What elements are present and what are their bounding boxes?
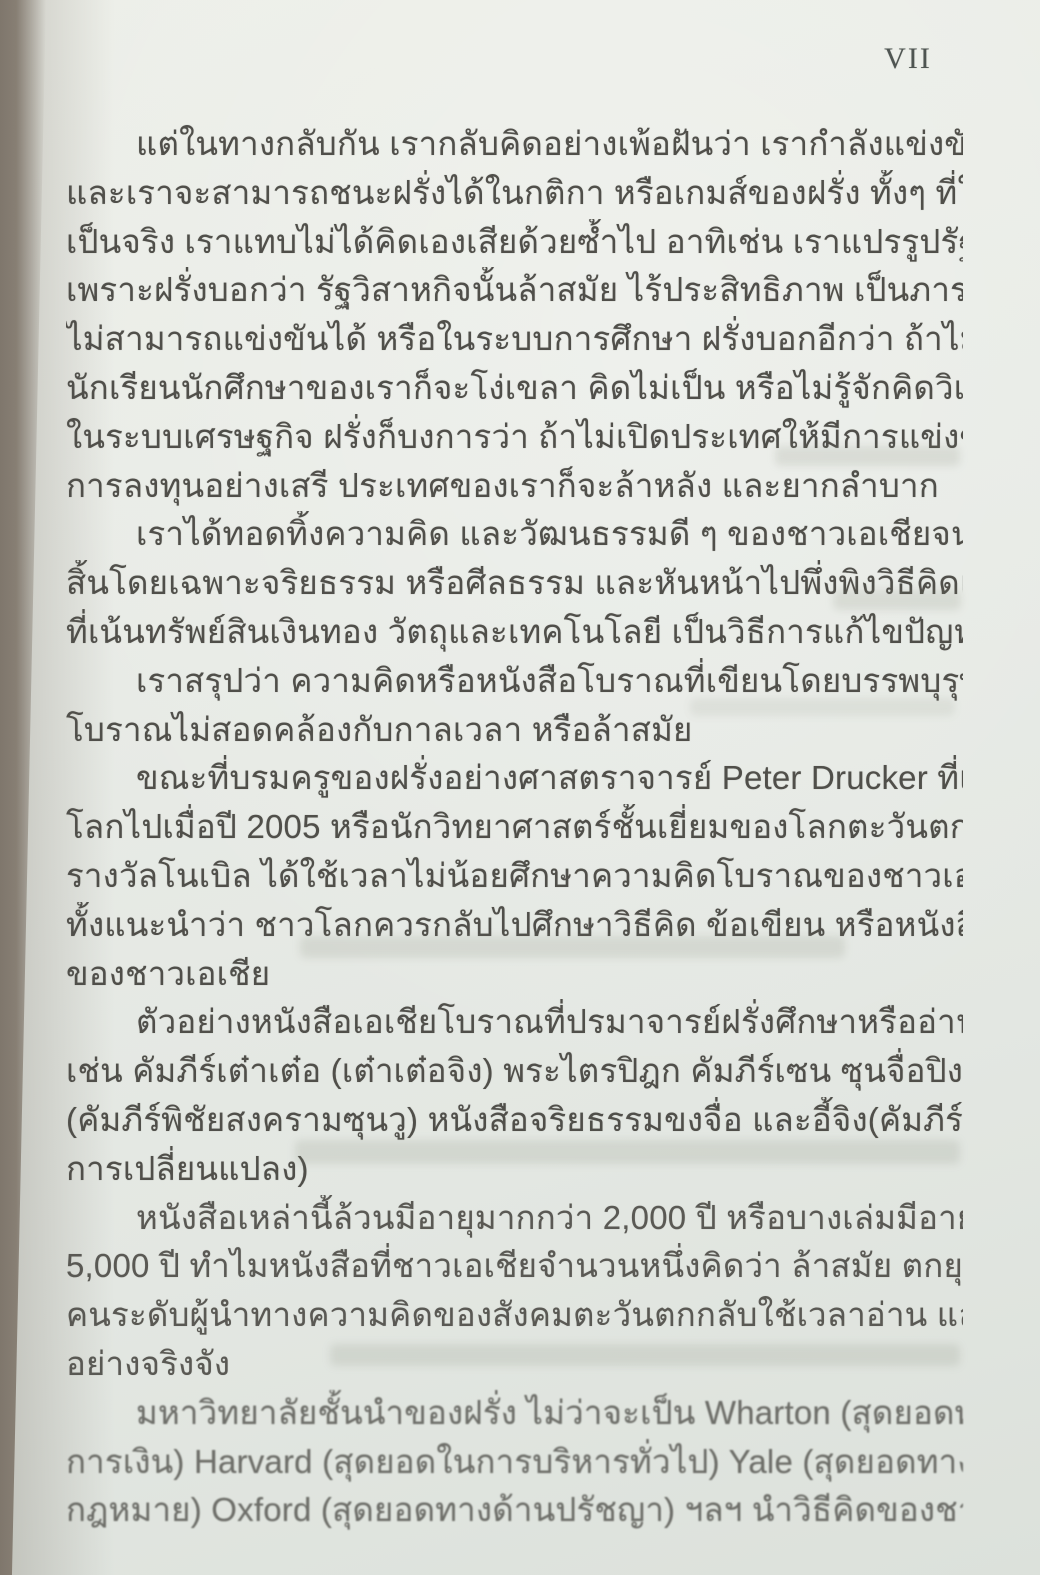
text-line: หนังสือเหล่านี้ล้วนมีอายุมากกว่า 2,000 ป… [66,1195,963,1244]
text-line: เป็นจริง เราแทบไม่ได้คิดเองเสียด้วยซ้ำไป… [66,219,963,268]
text-line: มหาวิทยาลัยชั้นนำของฝรั่ง ไม่ว่าจะเป็น W… [66,1390,963,1439]
text-line: คนระดับผู้นำทางความคิดของสังคมตะวันตกกลั… [66,1292,963,1341]
text-line: โบราณไม่สอดคล้องกับกาลเวลา หรือล้าสมัย [66,707,963,756]
text-line: ตัวอย่างหนังสือเอเชียโบราณที่ปรมาจารย์ฝร… [66,999,963,1048]
text-line: เราได้ทอดทิ้งความคิด และวัฒนธรรมดี ๆ ของ… [66,511,963,560]
text-line: นักเรียนนักศึกษาของเราก็จะโง่เขลา คิดไม่… [66,365,963,414]
text-line: อย่างจริงจัง [66,1341,963,1390]
text-line: เราสรุปว่า ความคิดหรือหนังสือโบราณที่เขี… [66,658,963,707]
page-number: VII [876,42,940,76]
text-line: ของชาวเอเชีย [66,951,963,1000]
text-line: ที่เน้นทรัพย์สินเงินทอง วัตถุและเทคโนโลย… [66,609,963,658]
text-line: ขณะที่บรมครูของฝรั่งอย่างศาสตราจารย์ Pet… [66,755,963,804]
text-line: การเงิน) Harvard (สุดยอดในการบริหารทั่วไ… [66,1439,963,1488]
text-line: แต่ในทางกลับกัน เรากลับคิดอย่างเพ้อฝันว่… [66,121,963,170]
text-line: ในระบบเศรษฐกิจ ฝรั่งก็บงการว่า ถ้าไม่เปิ… [66,414,963,463]
text-line: การลงทุนอย่างเสรี ประเทศของเราก็จะล้าหลั… [66,463,963,512]
text-line: สิ้นโดยเฉพาะจริยธรรม หรือศีลธรรม และหันห… [66,560,963,609]
text-line: โลกไปเมื่อปี 2005 หรือนักวิทยาศาสตร์ชั้น… [66,804,963,853]
scanned-book-page: VII แต่ในทางกลับกัน เรากลับคิดอย่างเพ้อฝ… [0,0,1040,1575]
text-line: ทั้งแนะนำว่า ชาวโลกควรกลับไปศึกษาวิธีคิด… [66,902,963,951]
text-line: เช่น คัมภีร์เต๋าเต๋อ (เต๋าเต๋อจิง) พระไต… [66,1048,963,1097]
text-line: กฎหมาย) Oxford (สุดยอดทางด้านปรัชญา) ฯลฯ… [66,1487,963,1536]
text-line: เพราะฝรั่งบอกว่า รัฐวิสาหกิจนั้นล้าสมัย … [66,267,963,316]
text-line: รางวัลโนเบิล ได้ใช้เวลาไม่น้อยศึกษาความค… [66,853,963,902]
page-body-text: แต่ในทางกลับกัน เรากลับคิดอย่างเพ้อฝันว่… [66,121,963,1536]
text-line: (คัมภีร์พิชัยสงครามซุนวู) หนังสือจริยธรร… [66,1097,963,1146]
text-line: 5,000 ปี ทำไมหนังสือที่ชาวเอเชียจำนวนหนึ… [66,1243,963,1292]
text-line: และเราจะสามารถชนะฝรั่งได้ในกติกา หรือเกม… [66,170,963,219]
text-line: ไม่สามารถแข่งขันได้ หรือในระบบการศึกษา ฝ… [66,316,963,365]
text-line: การเปลี่ยนแปลง) [66,1146,963,1195]
